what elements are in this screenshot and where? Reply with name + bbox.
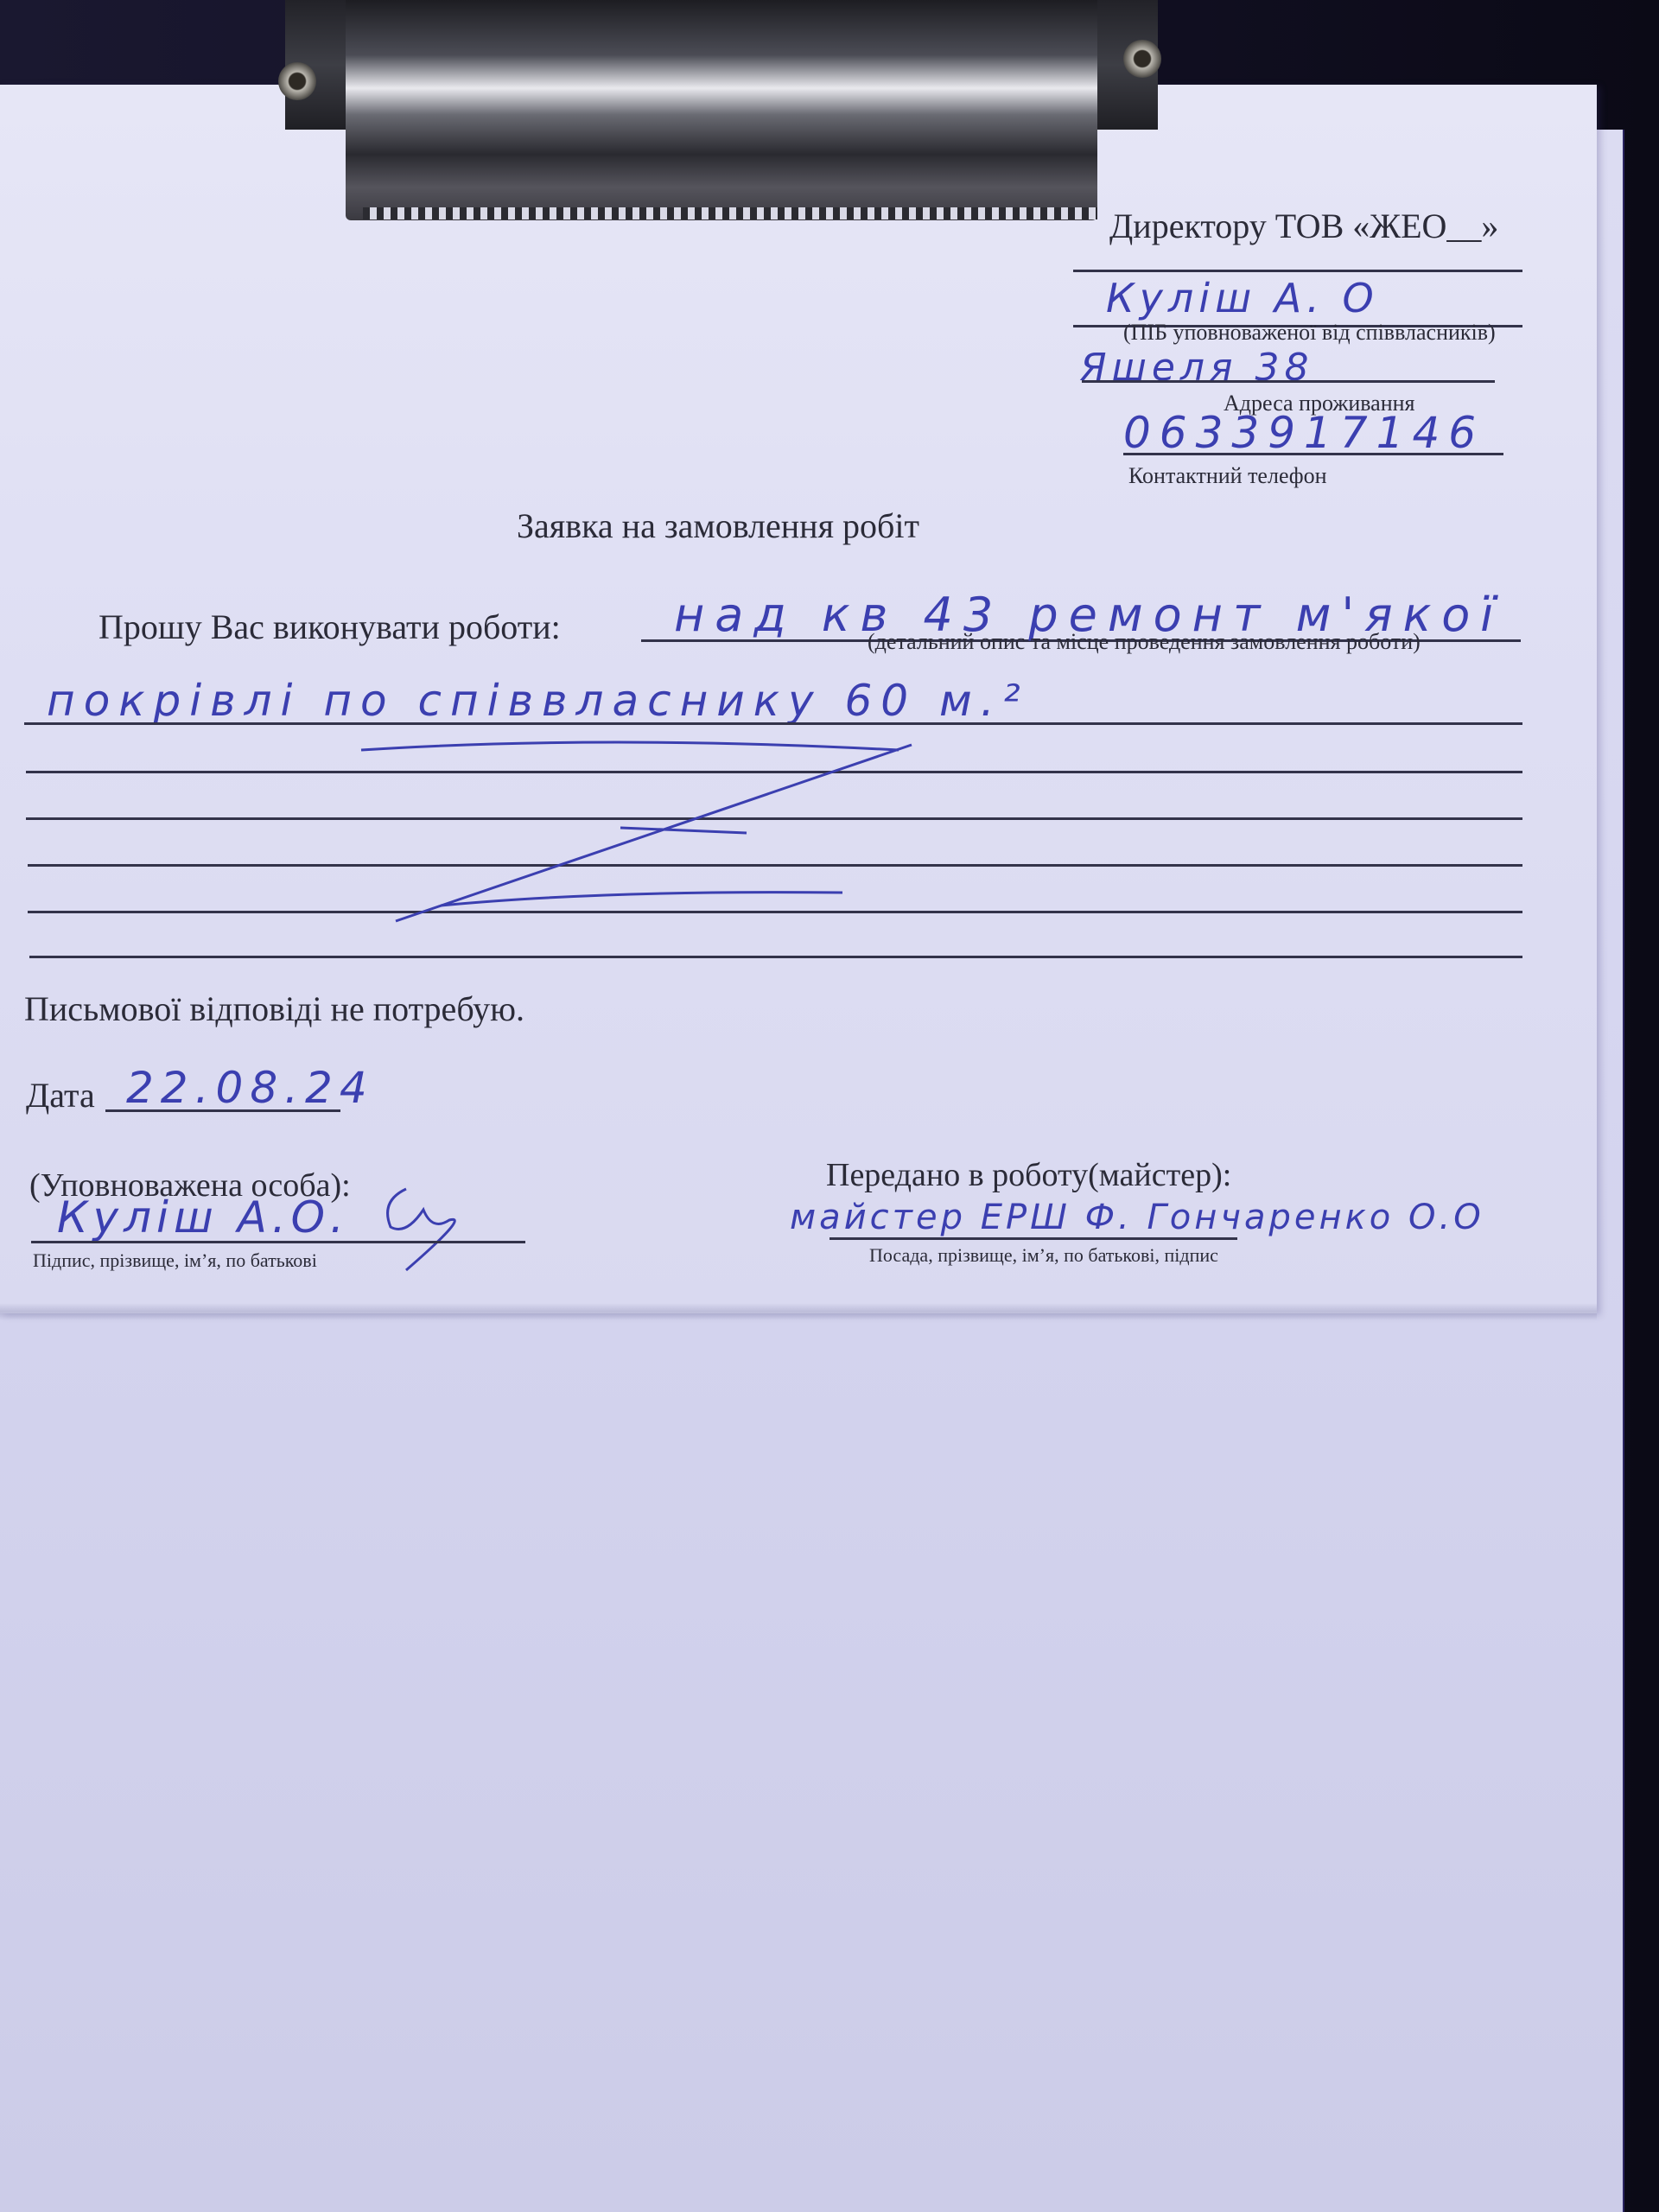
handed-caption: Посада, прізвище, ім’я, по батькові, під… — [869, 1244, 1218, 1267]
authorized-line — [31, 1241, 525, 1243]
handed-label: Передано в роботу(майстер): — [826, 1156, 1231, 1194]
handed-signature: майстер ЕРШ Ф. Гончаренко О.О — [790, 1198, 1484, 1237]
authorized-caption: Підпис, прізвище, ім’я, по батькові — [33, 1249, 317, 1272]
handed-line — [829, 1237, 1237, 1240]
